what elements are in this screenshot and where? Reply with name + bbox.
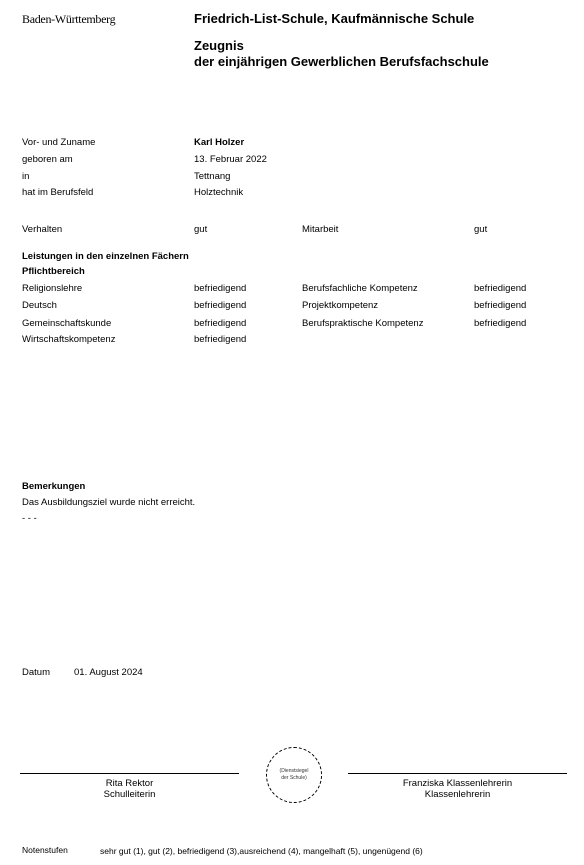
principal-name: Rita Rektor: [20, 778, 239, 789]
place-value: Tettnang: [194, 171, 230, 182]
place-label: in: [22, 171, 29, 182]
state-name: Baden-Württemberg: [22, 12, 115, 27]
school-name: Friedrich-List-Schule, Kaufmännische Sch…: [194, 11, 474, 26]
principal-signature: Rita Rektor Schulleiterin: [20, 778, 239, 800]
mandatory-heading: Pflichtbereich: [22, 266, 85, 277]
date-value: 01. August 2024: [74, 667, 143, 678]
subject-name: Projektkompetenz: [302, 300, 378, 311]
behavior-grade: gut: [194, 224, 207, 235]
teacher-role: Klassenlehrerin: [348, 789, 567, 800]
subject-grade: befriedigend: [474, 318, 526, 329]
subject-grade: befriedigend: [194, 318, 246, 329]
behavior-label: Verhalten: [22, 224, 62, 235]
subject-grade: befriedigend: [474, 300, 526, 311]
grading-scale-label: Notenstufen: [22, 845, 68, 855]
cooperation-label: Mitarbeit: [302, 224, 338, 235]
grading-scale-value: sehr gut (1), gut (2), befriedigend (3),…: [100, 846, 423, 856]
subject-name: Religionslehre: [22, 283, 82, 294]
subject-grade: befriedigend: [194, 334, 246, 345]
remarks-filler: - - -: [22, 513, 37, 524]
birth-value: 13. Februar 2022: [194, 154, 267, 165]
name-value: Karl Holzer: [194, 137, 244, 148]
remarks-text: Das Ausbildungsziel wurde nicht erreicht…: [22, 497, 195, 508]
performance-heading: Leistungen in den einzelnen Fächern: [22, 251, 189, 262]
principal-signature-line: [20, 773, 239, 774]
seal-text-line2: der Schule): [280, 775, 309, 782]
subject-grade: befriedigend: [194, 300, 246, 311]
teacher-signature: Franziska Klassenlehrerin Klassenlehreri…: [348, 778, 567, 800]
field-label: hat im Berufsfeld: [22, 187, 93, 198]
remarks-heading: Bemerkungen: [22, 481, 85, 492]
teacher-signature-line: [348, 773, 567, 774]
name-label: Vor- und Zuname: [22, 137, 95, 148]
cooperation-grade: gut: [474, 224, 487, 235]
official-seal: (Dienstsiegel der Schule): [266, 747, 322, 803]
birth-label: geboren am: [22, 154, 73, 165]
document-title: Zeugnis: [194, 38, 244, 53]
subject-name: Deutsch: [22, 300, 57, 311]
teacher-name: Franziska Klassenlehrerin: [348, 778, 567, 789]
subject-name: Berufsfachliche Kompetenz: [302, 283, 418, 294]
principal-role: Schulleiterin: [20, 789, 239, 800]
subject-grade: befriedigend: [194, 283, 246, 294]
subject-name: Wirtschaftskompetenz: [22, 334, 115, 345]
document-subtitle: der einjährigen Gewerblichen Berufsfachs…: [194, 54, 489, 69]
subject-name: Gemeinschaftskunde: [22, 318, 111, 329]
subject-name: Berufspraktische Kompetenz: [302, 318, 423, 329]
field-value: Holztechnik: [194, 187, 243, 198]
seal-text-line1: (Dienstsiegel: [280, 768, 309, 775]
date-label: Datum: [22, 667, 50, 678]
subject-grade: befriedigend: [474, 283, 526, 294]
